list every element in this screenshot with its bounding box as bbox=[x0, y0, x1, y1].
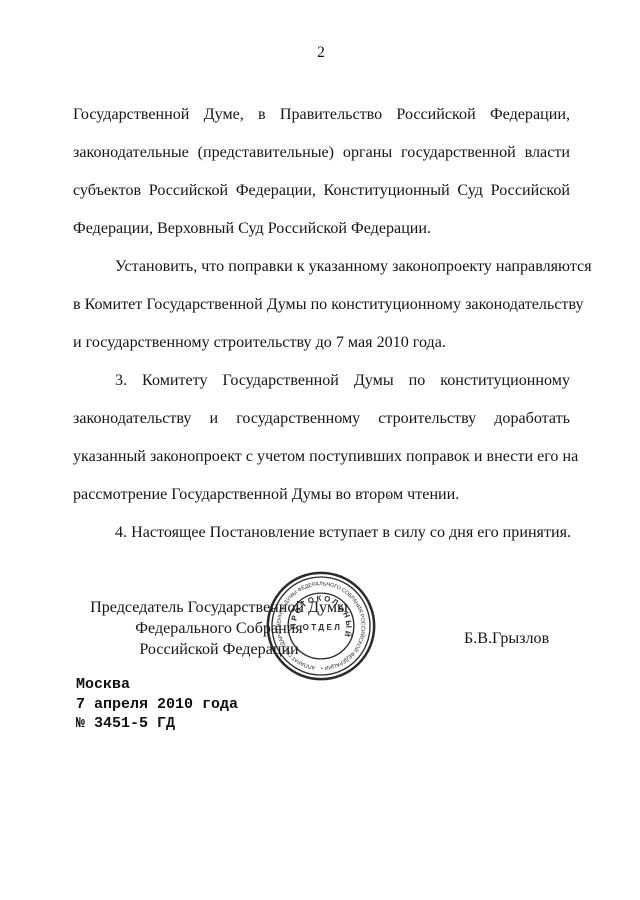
document-body: Государственной Думе, в Правительство Ро… bbox=[73, 96, 570, 552]
footer-date: 7 апреля 2010 года bbox=[76, 695, 238, 715]
footer-city: Москва bbox=[76, 675, 238, 695]
text-line: законодательные (представительные) орган… bbox=[73, 134, 570, 172]
footer-number: № 3451-5 ГД bbox=[76, 714, 238, 734]
stamp-center-text: ОТДЕЛ bbox=[303, 623, 343, 632]
text-line: 3. Комитету Государственной Думы по конс… bbox=[73, 362, 570, 400]
text-line: законодательству и государственному стро… bbox=[73, 400, 570, 438]
text-line: в Комитет Государственной Думы по консти… bbox=[73, 286, 570, 324]
text-line: указанный законопроект с учетом поступив… bbox=[73, 438, 570, 476]
text-line: субъектов Российской Федерации, Конститу… bbox=[73, 172, 570, 210]
page-number: 2 bbox=[73, 44, 570, 62]
text-line: Государственной Думе, в Правительство Ро… bbox=[73, 96, 570, 134]
text-line: 4. Настоящее Постановление вступает в си… bbox=[73, 514, 570, 552]
scanned-document-page: 2 Государственной Думе, в Правительство … bbox=[0, 0, 640, 900]
signature-name: Б.В.Грызлов bbox=[464, 630, 549, 648]
text-line: рассмотрение Государственной Думы во вто… bbox=[73, 476, 570, 514]
text-line: и государственному строительству до 7 ма… bbox=[73, 324, 570, 362]
text-line: Установить, что поправки к указанному за… bbox=[73, 248, 570, 286]
document-footer: Москва 7 апреля 2010 года № 3451-5 ГД bbox=[76, 675, 238, 734]
scan-speck bbox=[388, 495, 390, 497]
text-line: Федерации, Верховный Суд Российской Феде… bbox=[73, 210, 570, 248]
protocol-department-stamp-icon: АППАРАТ ГОСУДАРСТВЕННОЙ ДУМЫ ФЕДЕРАЛЬНОГ… bbox=[263, 568, 379, 684]
